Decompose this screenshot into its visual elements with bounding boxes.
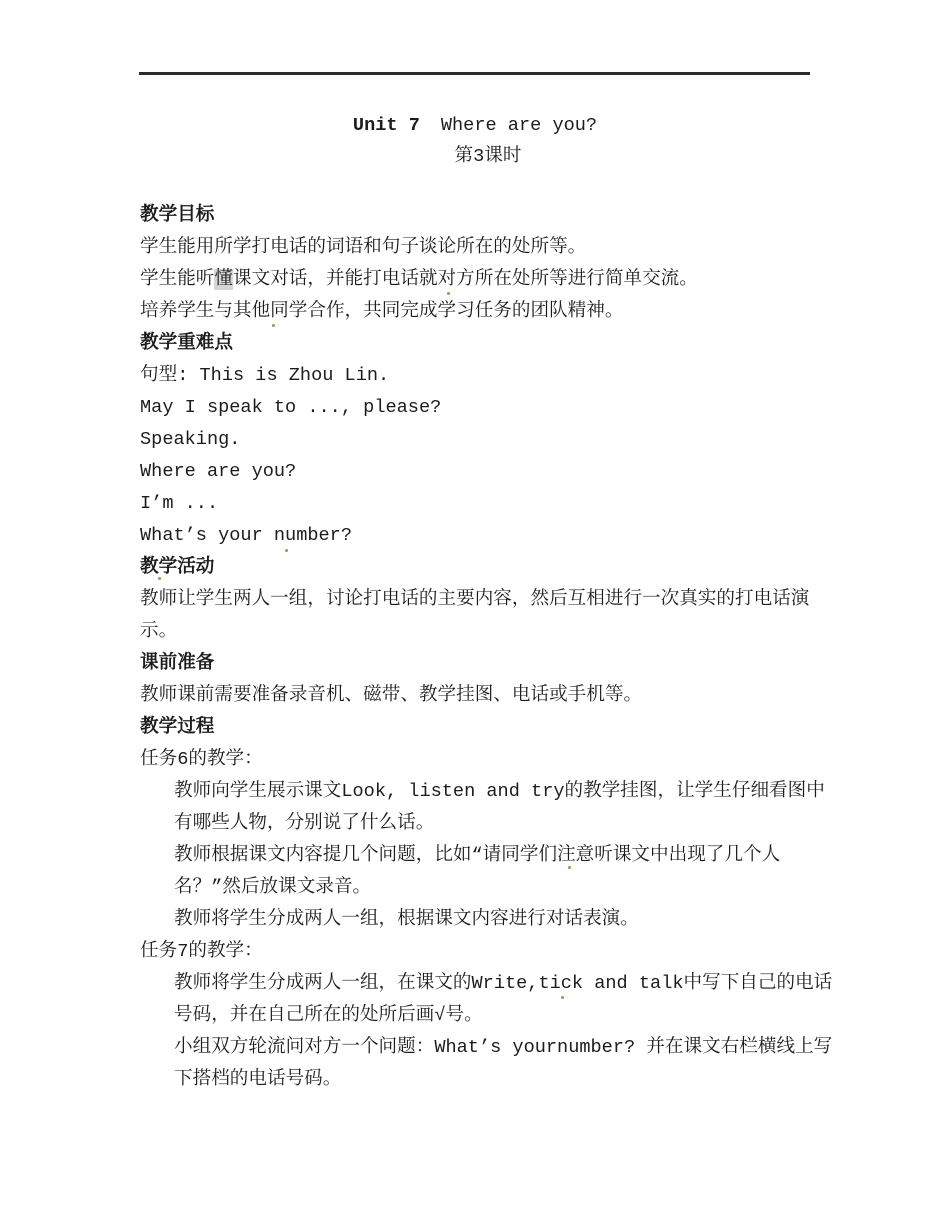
session-subtitle: 第3课时 [0, 141, 950, 173]
body-line: 教师课前需要准备录音机、磁带、教学挂图、电话或手机等。 [140, 680, 900, 712]
body-line: 学生能用所学打电话的词语和句子谈论所在的处所等。 [140, 232, 900, 264]
body-text-run: 学生能听 [140, 269, 214, 290]
task6-label: 任务6的教学： [140, 744, 900, 776]
proofing-speck [447, 292, 450, 295]
proofing-speck [568, 866, 571, 869]
section-heading-activities: 教学活动 [140, 552, 900, 584]
body-line: 教师将学生分成两人一组，根据课文内容进行对话表演。 [140, 904, 900, 936]
section-heading-preparation: 课前准备 [140, 648, 900, 680]
header-rule [139, 72, 810, 75]
body-line: 培养学生与其他同学合作，共同完成学习任务的团队精神。 [140, 296, 900, 328]
highlighted-char: 懂 [214, 269, 233, 290]
body-line: 学生能听懂课文对话，并能打电话就对方所在处所等进行简单交流。 [140, 264, 900, 296]
body-line: May I speak to ..., please? [140, 392, 900, 424]
document-page: Unit 7Where are you? 第3课时 教学目标 学生能用所学打电话… [0, 0, 950, 1230]
body-line: Where are you? [140, 456, 900, 488]
body-line: 教师向学生展示课文Look, listen and try的教学挂图，让学生仔细… [140, 776, 900, 808]
unit-label: Unit 7 [353, 115, 420, 136]
body-line: 示。 [140, 616, 900, 648]
body-line: 小组双方轮流问对方一个问题：What’s yournumber? 并在课文右栏横… [140, 1032, 900, 1064]
body-line: 号码，并在自己所在的处所后画√号。 [140, 1000, 900, 1032]
body-line: 下搭档的电话号码。 [140, 1064, 900, 1096]
section-heading-objectives: 教学目标 [140, 200, 900, 232]
proofing-speck [285, 549, 288, 552]
proofing-speck [272, 324, 275, 327]
section-heading-key-points: 教学重难点 [140, 328, 900, 360]
document-title: Unit 7Where are you? [0, 110, 950, 142]
body-line: 教师根据课文内容提几个问题，比如“请同学们注意听课文中出现了几个人 [140, 840, 900, 872]
body-line: I’m ... [140, 488, 900, 520]
title-text: Where are you? [441, 115, 597, 136]
body-line: 教师将学生分成两人一组，在课文的Write,tick and talk中写下自己… [140, 968, 900, 1000]
body-line: 名？”然后放课文录音。 [140, 872, 900, 904]
proofing-speck [158, 577, 161, 580]
body-line: What’s your number? [140, 520, 900, 552]
body-text-run: 课文对话，并能打电话就对方所在处所等进行简单交流。 [233, 269, 698, 290]
document-body: 教学目标 学生能用所学打电话的词语和句子谈论所在的处所等。 学生能听懂课文对话，… [140, 200, 900, 1096]
section-heading-process: 教学过程 [140, 712, 900, 744]
body-line: 句型: This is Zhou Lin. [140, 360, 900, 392]
proofing-speck [561, 996, 564, 999]
body-line: Speaking. [140, 424, 900, 456]
body-line: 有哪些人物，分别说了什么话。 [140, 808, 900, 840]
body-line: 教师让学生两人一组，讨论打电话的主要内容，然后互相进行一次真实的打电话演 [140, 584, 900, 616]
task7-label: 任务7的教学： [140, 936, 900, 968]
